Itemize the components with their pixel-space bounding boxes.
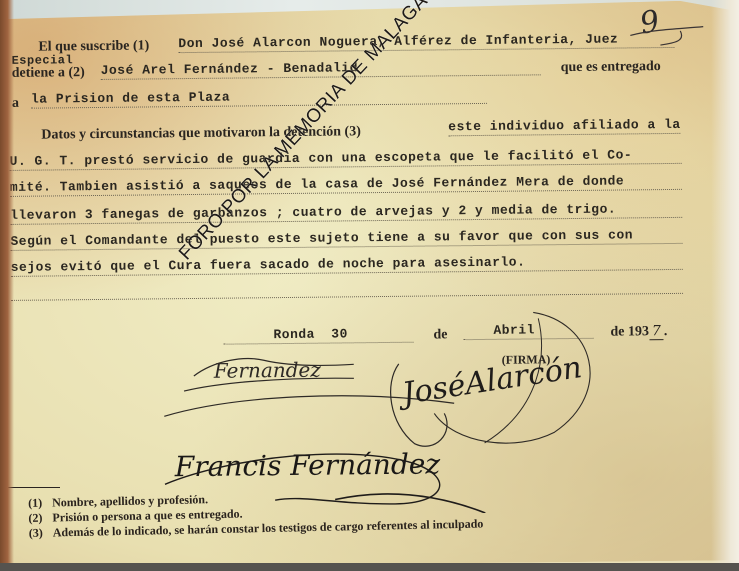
motivos-line-0: este individuo afiliado a la [448,117,680,136]
anio-punto: . [664,324,668,339]
label-entregado: que es entregado [561,59,661,76]
motivos-line-3: llevaron 3 fanegas de garbanzos ; cuatro… [10,201,682,225]
motivos-line-1: U. G. T. prestó servicio de guardia con … [10,147,682,171]
footnotes: (1)Nombre, apellidos y profesión. (2)Pri… [28,486,484,541]
footnote-rule [8,487,60,488]
motivos-blank-line [11,291,683,301]
signature-fernandez: Fernandez [213,358,322,383]
signature-francisco: Francis Fernández [174,447,441,483]
label-detiene: detiene a (2) [12,65,85,82]
bottom-bar [0,563,739,571]
left-binding-edge [0,0,14,563]
signature-alarcon: JoséAlarcón [394,350,584,413]
a-field: la Prision de esta Plaza [31,87,487,109]
right-edge [711,0,739,563]
paper-sheet: 9 El que suscribe (1) Don José Alarcon N… [0,0,739,563]
detiene-field: José Arel Fernández - Benadalid [101,58,541,80]
motivos-line-2: mité. Tambien asistió a saqueos de la ca… [10,173,682,197]
document-photo: 9 El que suscribe (1) Don José Alarcon N… [0,0,739,563]
motivos-line-5: sejos evitó que el Cura fuera sacado de … [11,253,683,277]
motivos-line-4: Según el Comandante del puesto este suje… [10,227,682,251]
signatures-svg: Fernandez JoséAlarcón Francis Fernández [153,301,655,516]
suscribe-field: Don José Alarcon Noguera, Alférez de Inf… [178,31,674,53]
